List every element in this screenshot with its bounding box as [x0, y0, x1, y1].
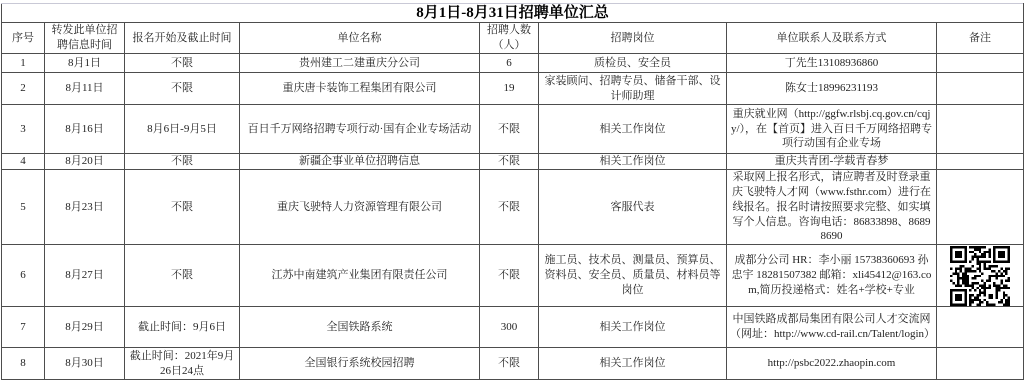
cell-headcount: 6	[480, 54, 539, 73]
cell-no: 4	[2, 154, 45, 170]
cell-forwarded-time: 8月11日	[45, 73, 125, 105]
cell-positions: 质检员、安全员	[539, 54, 727, 73]
cell-company: 贵州建工二建重庆分公司	[240, 54, 480, 73]
cell-no: 6	[2, 245, 45, 307]
cell-company: 百日千万网络招聘专项行动·国有企业专场活动	[240, 105, 480, 154]
column-header-no: 序号	[2, 23, 45, 54]
cell-contact: http://psbc2022.zhaopin.com	[727, 348, 937, 380]
cell-remark	[937, 348, 1024, 380]
cell-company: 全国银行系统校园招聘	[240, 348, 480, 380]
column-header-contact: 单位联系人及联系方式	[727, 23, 937, 54]
cell-no: 8	[2, 348, 45, 380]
cell-no: 3	[2, 105, 45, 154]
cell-headcount: 不限	[480, 245, 539, 307]
table-row: 4 8月20日 不限 新疆企事业单位招聘信息 不限 相关工作岗位 重庆共青团-学…	[2, 154, 1024, 170]
table-row: 8 8月30日 截止时间：2021年9月26日24点 全国银行系统校园招聘 不限…	[2, 348, 1024, 380]
column-header-forwarded-time: 转发此单位招聘信息时间	[45, 23, 125, 54]
cell-apply-period: 不限	[125, 154, 240, 170]
cell-forwarded-time: 8月1日	[45, 54, 125, 73]
cell-positions: 客服代表	[539, 170, 727, 245]
cell-headcount: 不限	[480, 170, 539, 245]
cell-apply-period: 不限	[125, 170, 240, 245]
cell-contact: 丁先生13108936860	[727, 54, 937, 73]
cell-contact: 重庆共青团-学载青春梦	[727, 154, 937, 170]
cell-remark	[937, 170, 1024, 245]
cell-no: 7	[2, 307, 45, 348]
cell-headcount: 300	[480, 307, 539, 348]
column-header-apply-period: 报名开始及截止时间	[125, 23, 240, 54]
column-header-company: 单位名称	[240, 23, 480, 54]
cell-positions: 相关工作岗位	[539, 307, 727, 348]
cell-apply-period: 截止时间：2021年9月26日24点	[125, 348, 240, 380]
table-row: 2 8月11日 不限 重庆唐卡装饰工程集团有限公司 19 家装顾问、招聘专员、储…	[2, 73, 1024, 105]
cell-remark	[937, 307, 1024, 348]
cell-forwarded-time: 8月16日	[45, 105, 125, 154]
cell-no: 1	[2, 54, 45, 73]
cell-remark	[937, 54, 1024, 73]
cell-no: 2	[2, 73, 45, 105]
column-header-headcount: 招聘人数（人）	[480, 23, 539, 54]
cell-remark	[937, 154, 1024, 170]
cell-forwarded-time: 8月23日	[45, 170, 125, 245]
recruitment-summary-table: 8月1日-8月31日招聘单位汇总 序号 转发此单位招聘信息时间 报名开始及截止时…	[1, 3, 1024, 380]
cell-no: 5	[2, 170, 45, 245]
cell-forwarded-time: 8月27日	[45, 245, 125, 307]
cell-positions: 相关工作岗位	[539, 105, 727, 154]
cell-contact: 陈女士18996231193	[727, 73, 937, 105]
table-row: 1 8月1日 不限 贵州建工二建重庆分公司 6 质检员、安全员 丁先生13108…	[2, 54, 1024, 73]
cell-positions: 施工员、技术员、测量员、预算员、资料员、安全员、质量员、材料员等岗位	[539, 245, 727, 307]
cell-company: 全国铁路系统	[240, 307, 480, 348]
table-row: 6 8月27日 不限 江苏中南建筑产业集团有限责任公司 不限 施工员、技术员、测…	[2, 245, 1024, 307]
cell-company: 新疆企事业单位招聘信息	[240, 154, 480, 170]
cell-company: 重庆唐卡装饰工程集团有限公司	[240, 73, 480, 105]
qr-code-icon	[950, 246, 1010, 306]
cell-forwarded-time: 8月20日	[45, 154, 125, 170]
cell-headcount: 不限	[480, 154, 539, 170]
cell-headcount: 不限	[480, 105, 539, 154]
cell-contact: 采取网上报名形式，请应聘者及时登录重庆飞驶特人才网（www.fsthr.com）…	[727, 170, 937, 245]
cell-remark	[937, 245, 1024, 307]
cell-remark	[937, 105, 1024, 154]
title-row: 8月1日-8月31日招聘单位汇总	[2, 4, 1024, 23]
cell-contact: 成都分公司 HR：李小丽 15738360693 孙忠宇 18281507382…	[727, 245, 937, 307]
cell-apply-period: 不限	[125, 73, 240, 105]
cell-apply-period: 8月6日-9月5日	[125, 105, 240, 154]
cell-remark	[937, 73, 1024, 105]
cell-positions: 相关工作岗位	[539, 348, 727, 380]
cell-headcount: 不限	[480, 348, 539, 380]
cell-contact: 中国铁路成都局集团有限公司人才交流网（网址：http://www.cd-rail…	[727, 307, 937, 348]
column-header-positions: 招聘岗位	[539, 23, 727, 54]
cell-headcount: 19	[480, 73, 539, 105]
cell-company: 重庆飞驶特人力资源管理有限公司	[240, 170, 480, 245]
cell-contact: 重庆就业网（http://ggfw.rlsbj.cq.gov.cn/cqjy/）…	[727, 105, 937, 154]
column-header-remark: 备注	[937, 23, 1024, 54]
table-row: 7 8月29日 截止时间：9月6日 全国铁路系统 300 相关工作岗位 中国铁路…	[2, 307, 1024, 348]
table-row: 3 8月16日 8月6日-9月5日 百日千万网络招聘专项行动·国有企业专场活动 …	[2, 105, 1024, 154]
cell-forwarded-time: 8月30日	[45, 348, 125, 380]
page-title: 8月1日-8月31日招聘单位汇总	[2, 4, 1024, 23]
cell-positions: 家装顾问、招聘专员、储备干部、设计师助理	[539, 73, 727, 105]
cell-forwarded-time: 8月29日	[45, 307, 125, 348]
cell-company: 江苏中南建筑产业集团有限责任公司	[240, 245, 480, 307]
cell-apply-period: 不限	[125, 245, 240, 307]
header-row: 序号 转发此单位招聘信息时间 报名开始及截止时间 单位名称 招聘人数（人） 招聘…	[2, 23, 1024, 54]
table-row: 5 8月23日 不限 重庆飞驶特人力资源管理有限公司 不限 客服代表 采取网上报…	[2, 170, 1024, 245]
cell-positions: 相关工作岗位	[539, 154, 727, 170]
cell-apply-period: 不限	[125, 54, 240, 73]
cell-apply-period: 截止时间：9月6日	[125, 307, 240, 348]
